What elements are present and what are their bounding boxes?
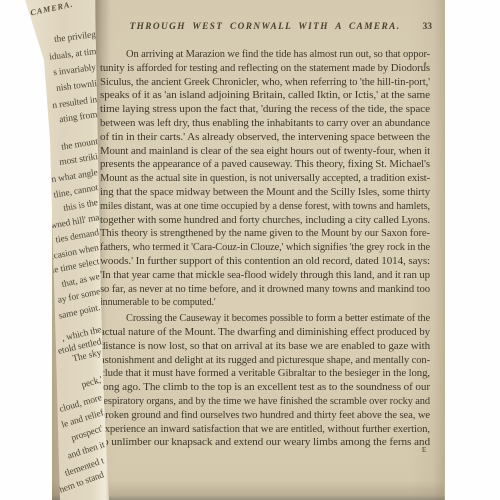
text-line: distance is now lost, so that on arrival… xyxy=(100,340,430,354)
text-line: between was left dry, thus enabling the … xyxy=(100,117,430,131)
text-line: so far, as never at no time before, and … xyxy=(100,283,430,297)
text-line: presents the appearance of a paved cause… xyxy=(100,158,430,172)
text-line: Mount as the actual site in question, is… xyxy=(100,172,430,186)
book-photo: THROUGH WEST CORNWALL WITH A CAMERA. 33 … xyxy=(0,0,500,500)
text-line: Siculus, the ancient Greek Chronicler, w… xyxy=(100,76,430,90)
text-line: tunity is afforded for testing and refle… xyxy=(100,62,430,76)
text-line: to unlimber our knapsack and extend our … xyxy=(100,436,430,450)
running-header: THROUGH WEST CORNWALL WITH A CAMERA. xyxy=(100,22,430,36)
text-line: clude that it must have formed a veritab… xyxy=(100,367,430,381)
text-line: 'In that year came that mickle sea-flood… xyxy=(100,269,430,283)
text-line: speaks of it as 'an island adjoining Bri… xyxy=(100,89,430,103)
signature-mark: E xyxy=(422,445,427,454)
text-line: actual nature of the Mount. The dwarfing… xyxy=(100,326,430,340)
page-fragment: ating from xyxy=(58,110,97,125)
text-line: of tin in their carts.' As already obser… xyxy=(100,131,430,145)
page-fragment: most striki xyxy=(59,152,99,168)
text-line: experience an inward satisfaction that w… xyxy=(100,423,430,437)
text-line: broken ground and find ourselves two hun… xyxy=(100,409,430,423)
paragraph: Crossing the Causeway it becomes possibl… xyxy=(100,312,430,450)
page-fragment: iduals, at tim xyxy=(48,47,96,63)
text-line: astonishment and delight at its rugged a… xyxy=(100,354,430,368)
text-line: This theory is strengthened by the name … xyxy=(100,227,430,241)
text-line: fathers, who termed it 'Cara-Couz-in Clo… xyxy=(100,241,430,255)
text-line: woods.' In further support of this conte… xyxy=(100,255,430,269)
main-page: THROUGH WEST CORNWALL WITH A CAMERA. 33 … xyxy=(52,0,445,500)
text-line: Crossing the Causeway it becomes possibl… xyxy=(100,312,430,326)
text-line: ing that the space midway between the Mo… xyxy=(100,186,430,200)
text-line: time laying stress upon the fact that, '… xyxy=(100,103,430,117)
page-fragment: same point. xyxy=(58,303,101,322)
facing-page-header-fragment: CAMERA. xyxy=(30,0,75,17)
text-line: respiratory organs, and by the time we h… xyxy=(100,395,430,409)
text-line: innumerable to be computed.' xyxy=(100,296,430,310)
text-line: miles distant, was at one time occupied … xyxy=(100,200,430,214)
page-fragment: the privileg xyxy=(54,30,97,45)
text-line: long ago. The climb to the top is an exc… xyxy=(100,381,430,395)
page-fragment: the mount xyxy=(61,137,99,153)
page-fragment: s invariably xyxy=(53,63,97,78)
page-fragment: n what angle xyxy=(51,168,99,185)
page-number: 33 xyxy=(423,22,433,32)
text-line: together with some hundred and forty chu… xyxy=(100,214,430,228)
page-fragment: nish townli xyxy=(56,79,98,94)
text-block: On arriving at Marazion we find the tide… xyxy=(100,48,430,450)
text-line: Mount and mainland is clear of the sea e… xyxy=(100,145,430,159)
page-title: THROUGH WEST CORNWALL WITH A CAMERA. xyxy=(130,22,401,32)
text-line: On arriving at Marazion we find the tide… xyxy=(100,48,430,62)
page-fragment: peck,' xyxy=(80,375,103,390)
page-fragment: this is the xyxy=(63,198,99,214)
paragraph: On arriving at Marazion we find the tide… xyxy=(100,48,430,310)
page-fragment: n resulted in xyxy=(52,95,98,111)
